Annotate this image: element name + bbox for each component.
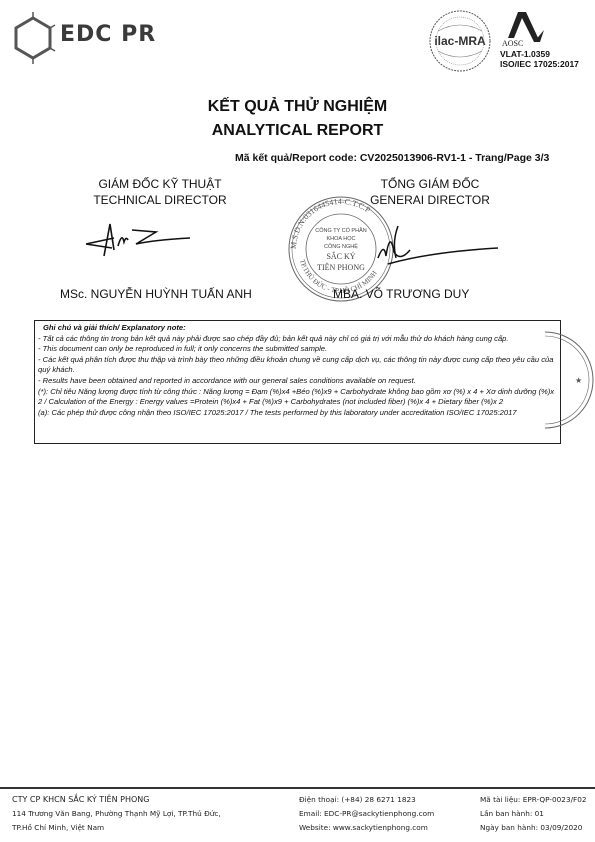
note-title: Ghi chú và giải thích/ Explanatory note: [38,323,557,334]
footer-issue-date: Ngày ban hành: 03/09/2020 [480,821,587,835]
general-director-title-vn: TỔNG GIÁM ĐỐC [330,176,530,192]
svg-text:KHOA HỌC: KHOA HỌC [326,236,355,242]
edc-pr-logo-text: EDC PR [60,22,156,47]
edc-hexagon-logo-icon [10,12,56,64]
svg-text:CÔNG NGHỆ: CÔNG NGHỆ [324,242,358,250]
footer-website: Website: www.sackytienphong.com [299,821,434,835]
footer-company-info: CTY CP KHCN SẮC KÝ TIÊN PHONG 114 Trương… [12,793,221,835]
vlat-code: VLAT-1.0359 [500,49,579,59]
svg-text:ilac-MRA: ilac-MRA [434,34,486,48]
footer-contact-info: Điện thoại: (+84) 28 6271 1823 Email: ED… [299,793,434,835]
technical-director-title-vn: GIÁM ĐỐC KỸ THUẬT [60,176,260,192]
technical-director-title-en: TECHNICAL DIRECTOR [60,192,260,208]
footer-address-1: 114 Trương Văn Bang, Phường Thạnh Mỹ Lợi… [12,807,221,821]
note-line: - Các kết quả phân tích được thu thập và… [38,355,557,376]
partial-seal-icon: ★ [545,325,595,435]
svg-text:★: ★ [575,376,582,385]
footer-company-name: CTY CP KHCN SẮC KÝ TIÊN PHONG [12,793,221,807]
note-line: - Tất cả các thông tin trong bản kết quả… [38,334,557,345]
explanatory-note-box: Ghi chú và giải thích/ Explanatory note:… [34,320,561,444]
note-line: (*): Chỉ tiêu Năng lượng được tính từ cô… [38,387,557,408]
general-director-signature-icon [370,222,500,272]
note-line: (a): Các phép thử được công nhận theo IS… [38,408,557,419]
note-line: - This document can only be reproduced i… [38,344,557,355]
report-title-english: ANALYTICAL REPORT [0,122,595,140]
svg-text:AOSC: AOSC [502,39,523,48]
svg-text:SẮC KÝ: SẮC KÝ [326,251,355,261]
footer-phone: Điện thoại: (+84) 28 6271 1823 [299,793,434,807]
accreditation-codes: VLAT-1.0359 ISO/IEC 17025:2017 [500,49,579,69]
technical-director-block: GIÁM ĐỐC KỸ THUẬT TECHNICAL DIRECTOR [60,176,260,208]
report-code: Mã kết quả/Report code: CV2025013906-RV1… [235,152,549,164]
aosc-logo-icon: AOSC [500,10,548,48]
svg-text:CÔNG TY CỔ PHẦN: CÔNG TY CỔ PHẦN [315,227,366,234]
footer-email: Email: EDC-PR@sackytienphong.com [299,807,434,821]
note-line: - Results have been obtained and reporte… [38,376,557,387]
footer-address-2: TP.Hồ Chí Minh, Việt Nam [12,821,221,835]
technical-director-signature-icon [84,218,194,260]
iso-code: ISO/IEC 17025:2017 [500,59,579,69]
svg-text:TIÊN PHONG: TIÊN PHONG [317,262,365,272]
technical-director-name: MSc. NGUYỄN HUỲNH TUẤN ANH [60,287,252,301]
footer-divider [0,787,595,789]
footer-doc-code: Mã tài liệu: EPR-QP-0023/F02 [480,793,587,807]
footer-document-info: Mã tài liệu: EPR-QP-0023/F02 Lần ban hàn… [480,793,587,835]
report-title-vietnamese: KẾT QUẢ THỬ NGHIỆM [0,98,595,116]
ilac-mra-logo-icon: ilac-MRA [428,9,492,73]
general-director-name: MBA. VÕ TRƯƠNG DUY [333,287,469,301]
footer-issue-no: Lần ban hành: 01 [480,807,587,821]
